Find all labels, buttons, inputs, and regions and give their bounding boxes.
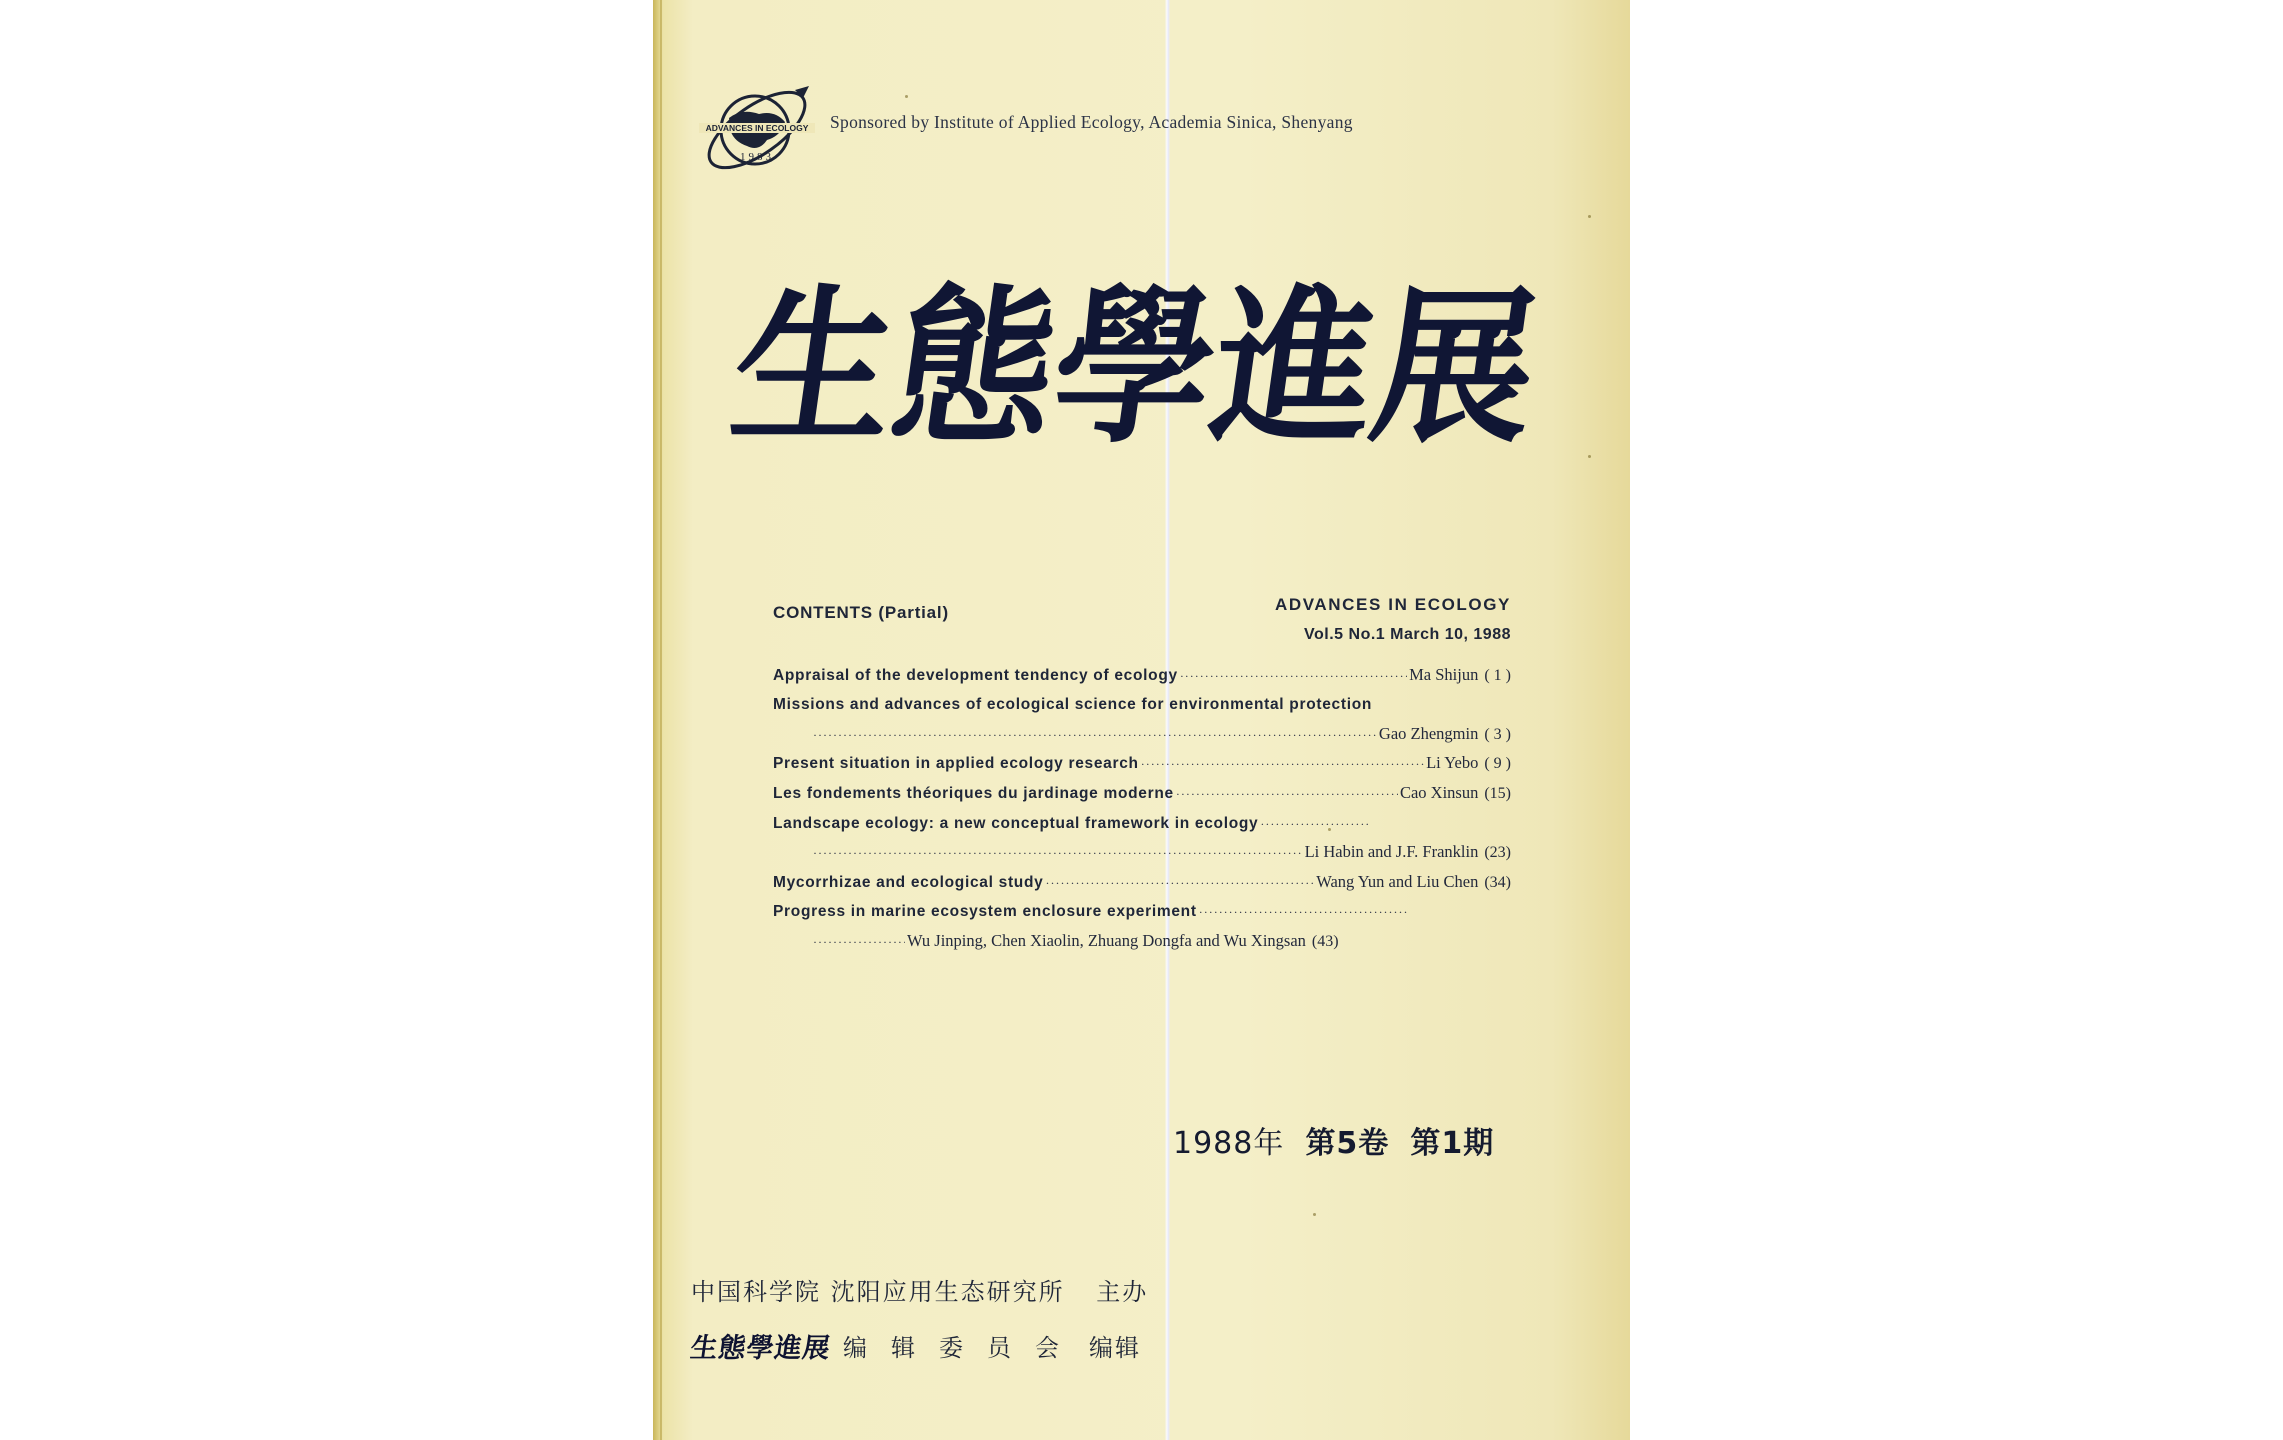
leader-dots bbox=[1045, 877, 1314, 889]
entry-title: Missions and advances of ecological scie… bbox=[773, 696, 1372, 714]
sponsor-line: Sponsored by Institute of Applied Ecolog… bbox=[830, 112, 1353, 133]
entry-author: Gao Zhengmin bbox=[1379, 724, 1478, 744]
title-char: 學 bbox=[1043, 283, 1227, 451]
title-char: 態 bbox=[883, 283, 1067, 451]
entry-author: Wu Jinping, Chen Xiaolin, Zhuang Dongfa … bbox=[907, 931, 1306, 951]
leader-dots bbox=[1180, 670, 1407, 682]
toc-entry-continuation: Li Habin and J.F. Franklin (23) bbox=[773, 833, 1511, 863]
sponsor-role: 主办 bbox=[1096, 1278, 1148, 1306]
entry-page: ( 1 ) bbox=[1484, 667, 1511, 685]
title-char: 展 bbox=[1363, 283, 1547, 451]
toc-entry: Progress in marine ecosystem enclosure e… bbox=[773, 892, 1511, 922]
globe-orbit-logo-icon: ADVANCES IN ECOLOGY 1983 bbox=[697, 80, 817, 176]
paper-speck bbox=[1328, 828, 1331, 831]
issue-year: 1988年 bbox=[1173, 1126, 1284, 1161]
entry-author: Li Habin and J.F. Franklin bbox=[1305, 842, 1479, 862]
entry-author: Wang Yun and Liu Chen bbox=[1316, 872, 1478, 892]
paper-speck bbox=[1588, 455, 1591, 458]
toc-entry: Landscape ecology: a new conceptual fram… bbox=[773, 803, 1511, 833]
journal-cover-page: ADVANCES IN ECOLOGY 1983 Sponsored by In… bbox=[653, 0, 1630, 1440]
table-of-contents: CONTENTS (Partial) ADVANCES IN ECOLOGY V… bbox=[773, 595, 1511, 951]
paper-speck bbox=[1588, 215, 1591, 218]
title-char: 進 bbox=[1203, 283, 1387, 451]
entry-page: (34) bbox=[1484, 874, 1511, 892]
toc-entry: Missions and advances of ecological scie… bbox=[773, 685, 1511, 715]
leader-dots bbox=[1199, 906, 1409, 918]
leader-dots bbox=[813, 936, 905, 948]
leader-dots bbox=[1260, 818, 1370, 830]
toc-entry: Mycorrhizae and ecological study Wang Yu… bbox=[773, 862, 1511, 892]
entry-page: (23) bbox=[1484, 844, 1511, 862]
entry-title: Appraisal of the development tendency of… bbox=[773, 667, 1178, 685]
toc-entry: Appraisal of the development tendency of… bbox=[773, 655, 1511, 685]
entry-page: (15) bbox=[1484, 785, 1511, 803]
entry-title: Les fondements théoriques du jardinage m… bbox=[773, 785, 1174, 803]
svg-text:ADVANCES IN ECOLOGY: ADVANCES IN ECOLOGY bbox=[706, 123, 809, 133]
toc-entry: Les fondements théoriques du jardinage m… bbox=[773, 773, 1511, 803]
editor-chinese: 生態學進展 编辑委员会 编辑 bbox=[691, 1326, 1141, 1365]
sponsor-chinese: 中国科学院 沈阳应用生态研究所 主办 bbox=[691, 1272, 1148, 1307]
entry-title: Progress in marine ecosystem enclosure e… bbox=[773, 903, 1197, 921]
leader-dots bbox=[1176, 788, 1398, 800]
entry-page: (43) bbox=[1312, 933, 1339, 951]
issue-line: Vol.5 No.1 March 10, 1988 bbox=[1304, 626, 1511, 644]
leader-dots bbox=[813, 729, 1377, 741]
entry-title: Mycorrhizae and ecological study bbox=[773, 874, 1043, 892]
editorial-committee: 编辑委员会 bbox=[843, 1328, 1083, 1363]
entry-author: Ma Shijun bbox=[1409, 665, 1478, 685]
sponsor-org: 中国科学院 沈阳应用生态研究所 bbox=[691, 1278, 1065, 1306]
entry-title: Present situation in applied ecology res… bbox=[773, 755, 1139, 773]
entry-author: Li Yebo bbox=[1426, 753, 1478, 773]
journal-english-name: ADVANCES IN ECOLOGY bbox=[1275, 595, 1511, 615]
svg-text:1983: 1983 bbox=[740, 151, 774, 163]
paper-speck bbox=[905, 95, 908, 98]
contents-label: CONTENTS (Partial) bbox=[773, 603, 949, 623]
toc-entry-continuation: Wu Jinping, Chen Xiaolin, Zhuang Dongfa … bbox=[773, 921, 1511, 951]
entry-page: ( 9 ) bbox=[1484, 755, 1511, 773]
toc-entry-continuation: Gao Zhengmin ( 3 ) bbox=[773, 714, 1511, 744]
title-char: 生 bbox=[723, 283, 907, 451]
leader-dots bbox=[1141, 758, 1424, 770]
issue-volume: 第5卷 bbox=[1305, 1126, 1389, 1161]
entry-title: Landscape ecology: a new conceptual fram… bbox=[773, 815, 1258, 833]
entry-page: ( 3 ) bbox=[1484, 726, 1511, 744]
journal-brush-name: 生態學進展 bbox=[688, 1326, 833, 1365]
toc-entry: Present situation in applied ecology res… bbox=[773, 744, 1511, 774]
leader-dots bbox=[813, 847, 1303, 859]
editor-role: 编辑 bbox=[1089, 1328, 1141, 1363]
paper-speck bbox=[1313, 1213, 1316, 1216]
issue-chinese: 1988年 第5卷 第1期 bbox=[1173, 1118, 1494, 1162]
entry-author: Cao Xinsun bbox=[1400, 783, 1478, 803]
issue-number: 第1期 bbox=[1410, 1126, 1494, 1161]
journal-title-calligraphy: 生 態 學 進 展 bbox=[735, 262, 1535, 472]
